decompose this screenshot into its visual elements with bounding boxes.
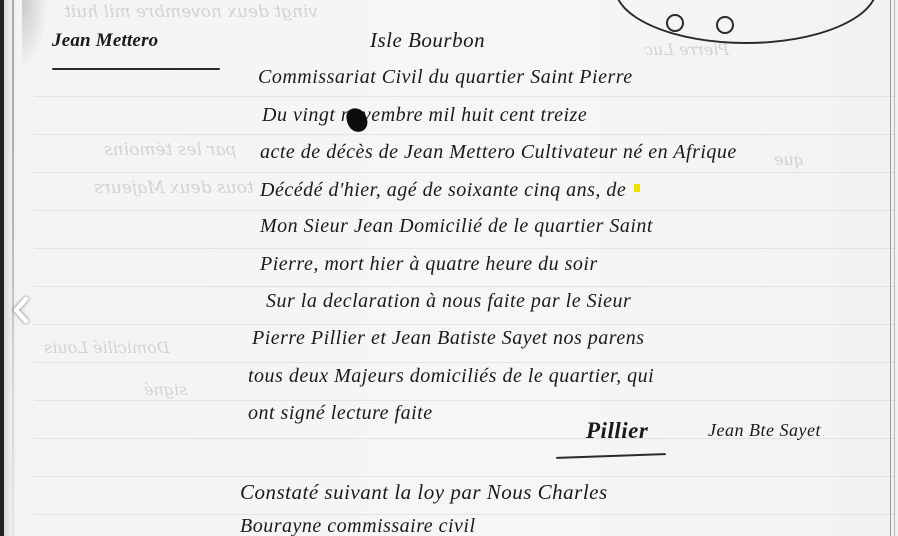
bleed-through-text: par les témoins: [104, 140, 237, 160]
bleed-through-text: Pierre Luc: [644, 40, 729, 59]
decorative-flourish: [614, 0, 878, 44]
document-line: Constaté suivant la loy par Nous Charles: [240, 480, 608, 505]
decorative-flourish-loop: [666, 14, 684, 32]
document-line: ont signé lecture faite: [248, 402, 433, 425]
document-line: Sur la declaration à nous faite par le S…: [266, 290, 631, 313]
chevron-left-icon: [12, 295, 30, 325]
document-line: Mon Sieur Jean Domicilié de le quartier …: [260, 215, 653, 238]
margin-name-underline: [52, 68, 220, 70]
previous-image-button[interactable]: [6, 292, 36, 328]
ruled-line: [34, 134, 894, 135]
document-line: Pierre Pillier et Jean Batiste Sayet nos…: [252, 327, 644, 350]
page-right-edge: [890, 0, 891, 536]
document-line: Commissariat Civil du quartier Saint Pie…: [258, 66, 633, 89]
margin-name: Jean Mettero: [52, 30, 158, 52]
bleed-through-text: vingt deux novembre mil huit: [64, 2, 318, 22]
page-right-edge-outer: [894, 0, 895, 536]
ruled-line: [34, 400, 894, 401]
bleed-through-text: signé: [144, 380, 187, 399]
annotation-marker[interactable]: [634, 184, 640, 192]
document-line: acte de décès de Jean Mettero Cultivateu…: [260, 141, 737, 164]
ruled-line: [34, 210, 894, 211]
bleed-through-text: que: [774, 150, 804, 169]
document-heading: Isle Bourbon: [370, 28, 485, 53]
page-stain: [22, 0, 48, 70]
scanned-document-page: vingt deux novembre mil huit par les tém…: [4, 0, 898, 536]
page-binding-line: [12, 0, 14, 536]
document-image-viewer: vingt deux novembre mil huit par les tém…: [0, 0, 898, 536]
document-line: Du vingt novembre mil huit cent treize: [262, 104, 587, 127]
ruled-line: [34, 286, 894, 287]
signature-pillier: Pillier: [586, 418, 648, 444]
document-line: Pierre, mort hier à quatre heure du soir: [260, 253, 598, 276]
ruled-line: [34, 96, 894, 97]
ruled-line: [34, 172, 894, 173]
ruled-line: [34, 362, 894, 363]
ruled-line: [34, 324, 894, 325]
ruled-line: [34, 476, 894, 477]
bleed-through-text: tous deux Majeurs: [94, 178, 254, 198]
decorative-flourish-loop: [716, 16, 734, 34]
ruled-line: [34, 248, 894, 249]
document-line: tous deux Majeurs domiciliés de le quart…: [248, 365, 654, 388]
signature-sayet: Jean Bte Sayet: [708, 420, 821, 441]
signature-underline: [556, 453, 666, 459]
bleed-through-text: Domicilié Louis: [44, 338, 170, 357]
document-line: Décédé d'hier, agé de soixante cinq ans,…: [260, 179, 626, 202]
document-line: Bourayne commissaire civil: [240, 515, 476, 536]
